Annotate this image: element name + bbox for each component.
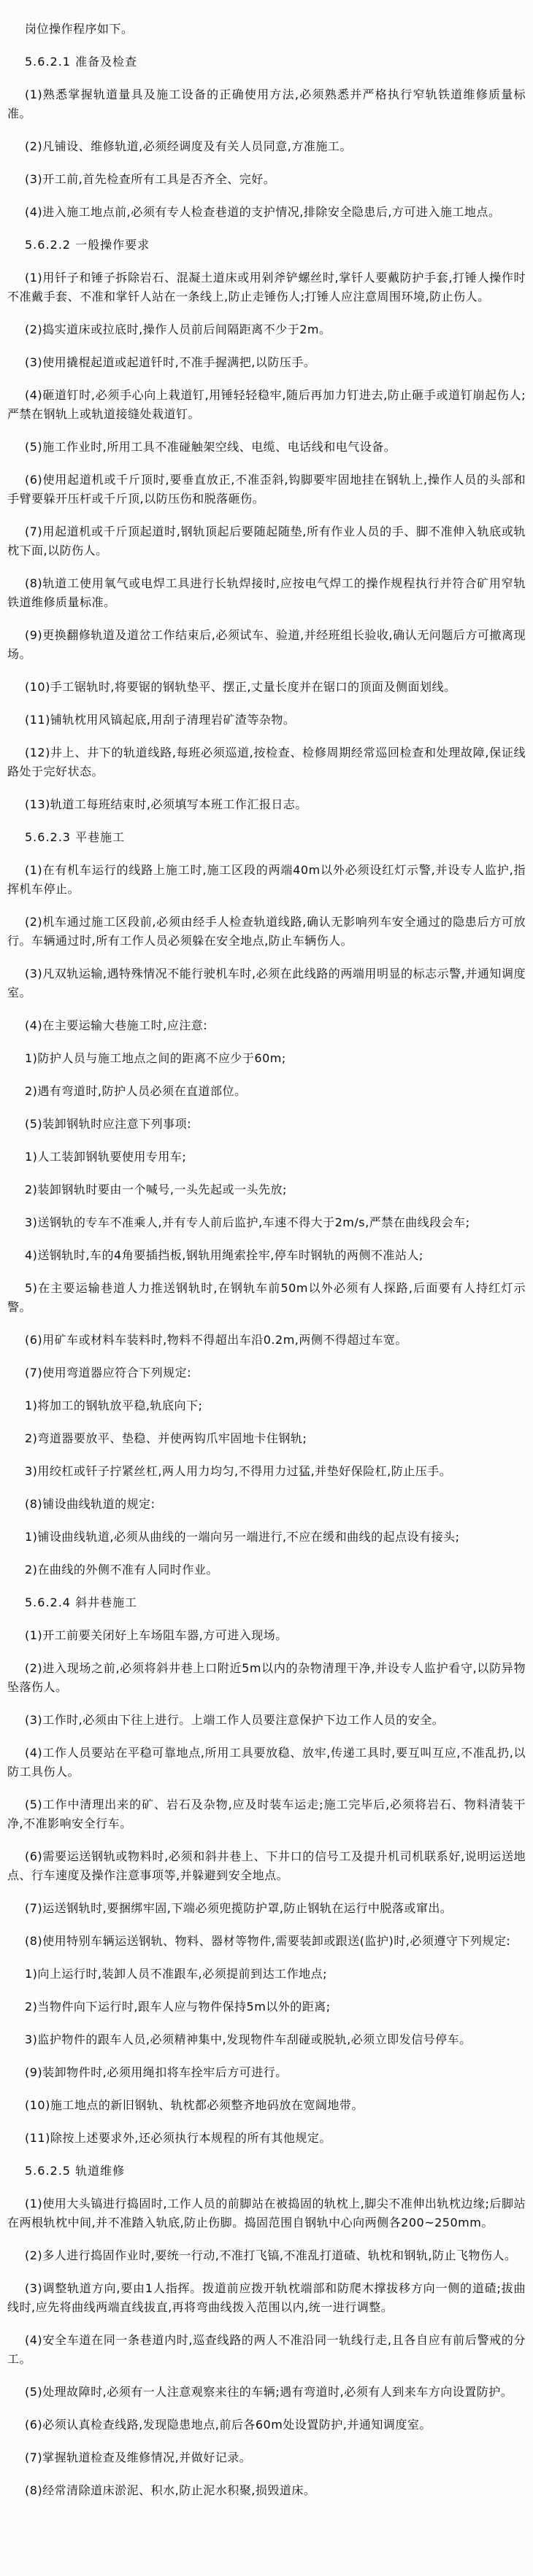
list-item: (4)进入施工地点前,必须有专人检查巷道的支护情况,排除安全隐患后,方可进入施工… <box>7 203 526 222</box>
list-item: (1)用钎子和锤子拆除岩石、混凝土道床或用剁斧铲螺丝时,掌钎人要戴防护手套,打锤… <box>7 268 526 306</box>
intro-paragraph: 岗位操作程序如下。 <box>7 20 526 39</box>
list-item: (8)使用特别车辆运送钢轨、物料、器材等物件,需要装卸或跟送(监护)时,必须遵守… <box>7 1932 526 1951</box>
list-item: (3)开工前,首先检查所有工具是否齐全、完好。 <box>7 170 526 189</box>
list-item: (10)手工锯轨时,将要锯的钢轨垫平、摆正,丈量长度并在锯口的顶面及侧面划线。 <box>7 678 526 697</box>
section-heading: 5.6.2.4 斜井巷施工 <box>7 1593 526 1612</box>
list-item: (1)开工前要关闭好上车场阻车器,方可进入现场。 <box>7 1626 526 1645</box>
list-item: (4)工作人员要站在平稳可靠地点,所用工具要放稳、放牢,传递工具时,要互叫互应,… <box>7 1744 526 1782</box>
list-item: (2)机车通过施工区段前,必须由经手人检查轨道线路,确认无影响列车安全通过的隐患… <box>7 913 526 951</box>
sub-list-item: 1)铺设曲线轨道,必须从曲线的一端向另一端进行,不应在缓和曲线的起点设有接头; <box>7 1528 526 1547</box>
list-item: (2)进入现场之前,必须将斜井巷上口附近5m以内的杂物清理干净,并设专人监护看守… <box>7 1659 526 1697</box>
sub-list-item: 5)在主要运输巷道人力推送钢轨时,在钢轨车前50m以外必须有人探路,后面要有人持… <box>7 1279 526 1317</box>
sub-list-item: 1)防护人员与施工地点之间的距离不应少于60m; <box>7 1049 526 1068</box>
list-item: (7)用起道机或千斤顶起道时,钢轨顶起后要随起随垫,所有作业人员的手、脚不准伸入… <box>7 522 526 560</box>
list-item: (3)使用撬棍起道或起道钎时,不准手握满把,以防压手。 <box>7 353 526 372</box>
sub-list-item: 2)装卸钢轨时要由一个喊号,一头先起或一头先放; <box>7 1180 526 1199</box>
sub-list-item: 1)人工装卸钢轨要使用专用车; <box>7 1148 526 1167</box>
sub-list-item: 3)送钢轨的专车不准乘人,并有专人前后监护,车速不得大于2m/s,严禁在曲线段会… <box>7 1213 526 1232</box>
list-item: (8)经常清除道床淤泥、积水,防止泥水积聚,损毁道床。 <box>7 2481 526 2500</box>
list-item: (1)熟悉掌握轨道量具及施工设备的正确使用方法,必须熟悉并严格执行窄轨铁道维修质… <box>7 85 526 123</box>
list-item: (3)调整轨道方向,要由1人指挥。拨道前应拨开轨枕端部和防爬木撑拔移方向一侧的道… <box>7 2279 526 2317</box>
section-heading: 5.6.2.2 一般操作要求 <box>7 236 526 255</box>
list-item: (5)装卸钢轨时应注意下列事项: <box>7 1115 526 1134</box>
list-item: (6)用矿车或材料车装料时,物料不得超出车沿0.2m,两侧不得超过车宽。 <box>7 1331 526 1350</box>
list-item: (8)铺设曲线轨道的规定: <box>7 1495 526 1514</box>
list-item: (2)凡铺设、维修轨道,必须经调度及有关人员同意,方准施工。 <box>7 137 526 156</box>
list-item: (4)安全车道在同一条巷道内时,巡查线路的两人不准沿同一轨线行走,且各自应有前后… <box>7 2331 526 2369</box>
list-item: (5)处理故障时,必须有一人注意观察来往的车辆;遇有弯道时,必须有人到来车方向设… <box>7 2383 526 2402</box>
section-heading: 5.6.2.1 准备及检查 <box>7 53 526 71</box>
list-item: (2)捣实道床或拉底时,操作人员前后间隔距离不少于2m。 <box>7 320 526 339</box>
list-item: (4)在主要运输大巷施工时,应注意: <box>7 1016 526 1035</box>
list-item: (6)需要运送钢轨或物料时,必须和斜井巷上、下井口的信号工及提升机司机联系好,说… <box>7 1847 526 1885</box>
list-item: (4)砸道钉时,必须手心向上栽道钉,用锤轻轻稳牢,随后再加力钉进去,防止砸手或道… <box>7 386 526 424</box>
sub-list-item: 1)将加工的钢轨放平稳,轨底向下; <box>7 1396 526 1415</box>
list-item: (3)工作时,必须由下往上进行。上端工作人员要注意保护下边工作人员的安全。 <box>7 1711 526 1730</box>
list-item: (8)轨道工使用氧气或电焊工具进行长轨焊接时,应按电气焊工的操作规程执行并符合矿… <box>7 574 526 612</box>
list-item: (9)更换翻修轨道及道岔工作结束后,必须试车、验道,并经班组长验收,确认无问题后… <box>7 626 526 664</box>
list-item: (11)铺轨枕用风镐起底,用刮子清理岩矿渣等杂物。 <box>7 711 526 730</box>
list-item: (7)运送钢轨时,要捆绑牢固,下端必须兜揽防护罩,防止钢轨在运行中脱落或窜出。 <box>7 1899 526 1918</box>
sub-list-item: 1)向上运行时,装卸人员不准跟车,必须提前到达工作地点; <box>7 1965 526 1984</box>
sub-list-item: 2)弯道器要放平、垫稳、并使两钩爪牢固地卡住钢轨; <box>7 1429 526 1448</box>
list-item: (1)使用大头镐进行捣固时,工作人员的前脚站在被捣固的轨枕上,脚尖不准伸出轨枕边… <box>7 2194 526 2232</box>
document-page: 岗位操作程序如下。5.6.2.1 准备及检查(1)熟悉掌握轨道量具及施工设备的正… <box>0 0 533 2548</box>
list-item: (6)使用起道机或千斤顶时,要垂直放正,不准歪斜,钩脚要牢固地挂在钢轨上,操作人… <box>7 471 526 508</box>
list-item: (12)井上、井下的轨道线路,每班必须巡道,按检查、检修周期经常巡回检查和处理故… <box>7 743 526 781</box>
list-item: (13)轨道工每班结束时,必须填写本班工作汇报日志。 <box>7 795 526 814</box>
sub-list-item: 3)用绞杠或钎子拧紧丝杠,两人用力均匀,不得用力过猛,并垫好保险杠,防止压手。 <box>7 1462 526 1481</box>
list-item: (5)施工作业时,所用工具不准碰触架空线、电缆、电话线和电气设备。 <box>7 438 526 457</box>
list-item: (1)在有机车运行的线路上施工时,施工区段的两端40m以外必须设红灯示警,并设专… <box>7 861 526 899</box>
list-item: (3)凡双轨运输,遇特殊情况不能行驶机车时,必须在此线路的两端用明显的标志示警,… <box>7 964 526 1002</box>
list-item: (2)多人进行捣固作业时,要统一行动,不准打飞镐,不准乱打道碴、轨枕和钢轨,防止… <box>7 2246 526 2265</box>
sub-list-item: 2)遇有弯道时,防护人员必须在直道部位。 <box>7 1082 526 1101</box>
sub-list-item: 2)在曲线的外侧不准有人同时作业。 <box>7 1560 526 1579</box>
list-item: (7)掌握轨道检查及维修情况,并做好记录。 <box>7 2448 526 2467</box>
list-item: (9)装卸物件时,必须用绳扣将车拴牢后方可进行。 <box>7 2063 526 2082</box>
list-item: (7)使用弯道器应符合下列规定: <box>7 1364 526 1382</box>
sub-list-item: 4)送钢轨时,车的4角要插挡板,钢轨用绳索拴牢,停车时钢轨的两侧不准站人; <box>7 1246 526 1265</box>
sub-list-item: 3)监护物件的跟车人员,必须精神集中,发现物件车刮碰或脱轨,必须立即发信号停车。 <box>7 2030 526 2049</box>
list-item: (6)必须认真检查线路,发现隐患地点,前后各60m处设置防护,并通知调度室。 <box>7 2416 526 2434</box>
section-heading: 5.6.2.3 平巷施工 <box>7 828 526 847</box>
list-item: (5)工作中清理出来的矿、岩石及杂物,应及时装车运走;施工完毕后,必须将岩石、物… <box>7 1795 526 1833</box>
list-item: (10)施工地点的新旧钢轨、轨枕都必须整齐地码放在宽阔地带。 <box>7 2096 526 2115</box>
sub-list-item: 2)当物件向下运行时,跟车人应与物件保持5m以外的距离; <box>7 1997 526 2016</box>
list-item: (11)除按上述要求外,还必须执行本规程的所有其他规定。 <box>7 2129 526 2148</box>
section-heading: 5.6.2.5 轨道维修 <box>7 2162 526 2181</box>
